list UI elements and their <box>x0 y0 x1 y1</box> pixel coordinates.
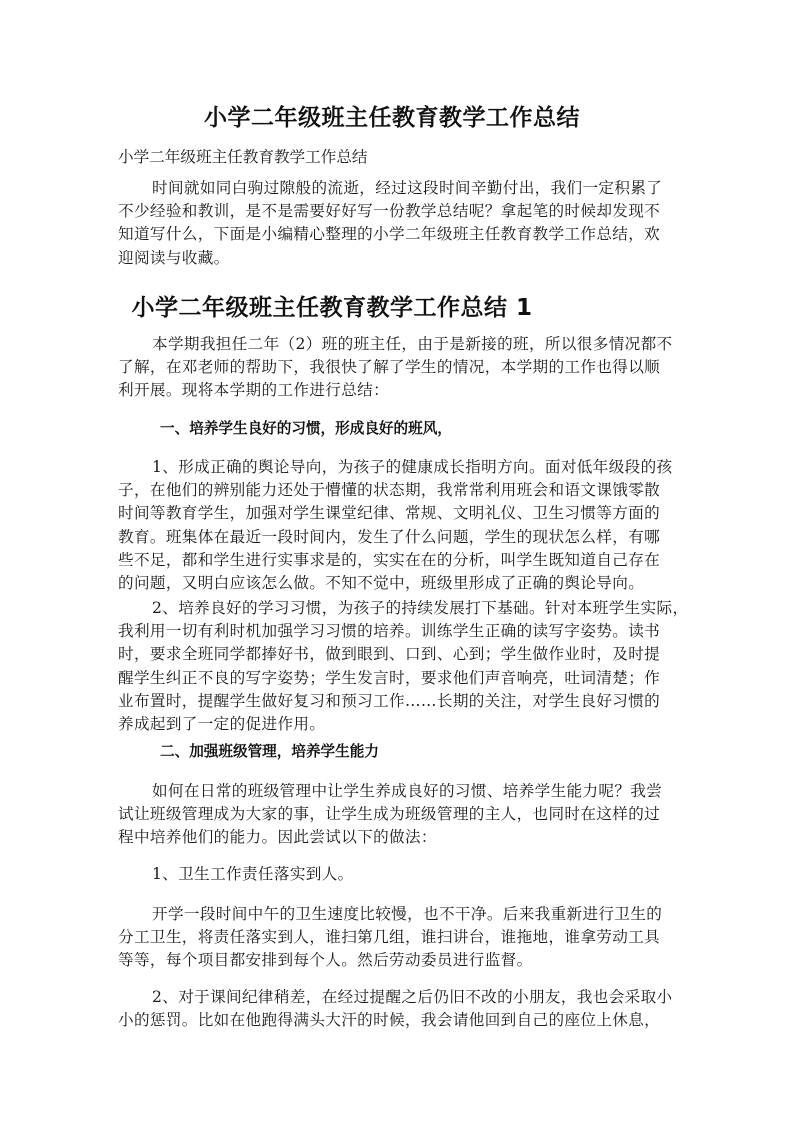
paragraph-line: 1、形成正确的舆论导向，为孩子的健康成长指明方向。面对低年级段的孩 <box>118 456 666 479</box>
heading-2: 二、加强班级管理，培养学生能力 <box>160 741 379 763</box>
intro-paragraph: 时间就如同白驹过隙般的流逝，经过这段时间辛勤付出，我们一定积累了 不少经验和教训… <box>118 177 666 270</box>
paragraph-line: 等等，每个项目都安排到每个人。然后劳动委员进行监督。 <box>118 949 666 972</box>
paragraph-line: 些不足，都和学生进行实事求是的，实实在在的分析，叫学生既知道自己存在 <box>118 549 666 572</box>
intro-line: 迎阅读与收藏。 <box>118 247 666 270</box>
paragraph-line: 2、对于课间纪律稍差，在经过提醒之后仍旧不改的小朋友，我也会采取小 <box>118 986 666 1009</box>
paragraph-line: 分工卫生，将责任落实到人，谁扫第几组，谁扫讲台，谁拖地，谁拿劳动工具 <box>118 926 666 949</box>
paragraph-5: 1、卫生工作责任落实到人。 <box>118 863 666 886</box>
paragraph-line: 2、培养良好的学习习惯，为孩子的持续发展打下基础。针对本班学生实际， <box>118 597 666 620</box>
paragraph-line: 如何在日常的班级管理中让学生养成良好的习惯、培养学生能力呢？我尝 <box>118 780 666 803</box>
intro-line: 不少经验和教训，是不是需要好好写一份教学总结呢？拿起笔的时候却发现不 <box>118 200 666 223</box>
paragraph-line: 1、卫生工作责任落实到人。 <box>118 863 666 886</box>
paragraph-line: 利开展。现将本学期的工作进行总结： <box>118 379 666 402</box>
paragraph-line: 时，要求全班同学都捧好书，做到眼到、口到、心到；学生做作业时，及时提 <box>118 643 666 666</box>
paragraph-line: 我利用一切有利时机加强学习习惯的培养。训练学生正确的读写字姿势。读书 <box>118 620 666 643</box>
paragraph-line: 业布置时，提醒学生做好复习和预习工作……长期的关注，对学生良好习惯的 <box>118 690 666 713</box>
section-title: 小学二年级班主任教育教学工作总结 1 <box>58 289 606 322</box>
paragraph-line: 子，在他们的辨别能力还处于懵懂的状态期，我常常利用班会和语文课饿零散 <box>118 479 666 502</box>
paragraph-line: 醒学生纠正不良的写字姿势；学生发言时，要求他们声音响亮，吐词清楚；作 <box>118 667 666 690</box>
paragraph-line: 小的惩罚。比如在他跑得满头大汗的时候，我会请他回到自己的座位上休息， <box>118 1009 666 1032</box>
paragraph-4: 如何在日常的班级管理中让学生养成良好的习惯、培养学生能力呢？我尝 试让班级管理成… <box>118 780 666 850</box>
paragraph-7: 2、对于课间纪律稍差，在经过提醒之后仍旧不改的小朋友，我也会采取小 小的惩罚。比… <box>118 986 666 1032</box>
document-title: 小学二年级班主任教育教学工作总结 <box>118 99 666 132</box>
paragraph-line: 教育。班集体在最近一段时间内，发生了什么问题，学生的现状怎么样，有哪 <box>118 526 666 549</box>
intro-line: 知道写什么，下面是小编精心整理的小学二年级班主任教育教学工作总结，欢 <box>118 223 666 246</box>
paragraph-line: 开学一段时间中午的卫生速度比较慢，也不干净。后来我重新进行卫生的 <box>118 903 666 926</box>
paragraph-1: 本学期我担任二年（2）班的班主任，由于是新接的班，所以很多情况都不 了解，在邓老… <box>118 333 666 403</box>
paragraph-line: 本学期我担任二年（2）班的班主任，由于是新接的班，所以很多情况都不 <box>118 333 666 356</box>
paragraph-3: 2、培养良好的学习习惯，为孩子的持续发展打下基础。针对本班学生实际， 我利用一切… <box>118 597 666 736</box>
intro-line: 时间就如同白驹过隙般的流逝，经过这段时间辛勤付出，我们一定积累了 <box>118 177 666 200</box>
paragraph-2: 1、形成正确的舆论导向，为孩子的健康成长指明方向。面对低年级段的孩 子，在他们的… <box>118 456 666 595</box>
heading-1: 一、培养学生良好的习惯，形成良好的班风， <box>160 418 452 440</box>
paragraph-line: 养成起到了一定的促进作用。 <box>118 713 666 736</box>
paragraph-line: 了解，在邓老师的帮助下，我很快了解了学生的情况，本学期的工作也得以顺 <box>118 356 666 379</box>
paragraph-line: 程中培养他们的能力。因此尝试以下的做法： <box>118 826 666 849</box>
paragraph-line: 时间等教育学生，加强对学生课堂纪律、常规、文明礼仪、卫生习惯等方面的 <box>118 502 666 525</box>
paragraph-line: 试让班级管理成为大家的事，让学生成为班级管理的主人，也同时在这样的过 <box>118 803 666 826</box>
paragraph-6: 开学一段时间中午的卫生速度比较慢，也不干净。后来我重新进行卫生的 分工卫生，将责… <box>118 903 666 973</box>
paragraph-line: 的问题，又明白应该怎么做。不知不觉中，班级里形成了正确的舆论导向。 <box>118 572 666 595</box>
subtitle-line: 小学二年级班主任教育教学工作总结 <box>118 146 666 169</box>
